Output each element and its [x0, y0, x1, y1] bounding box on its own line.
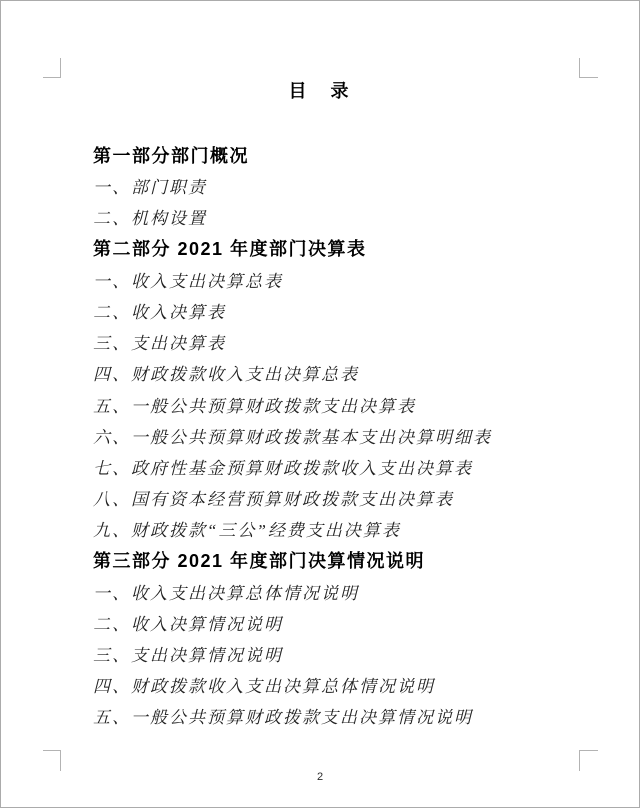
crop-mark-top-right-icon — [579, 58, 598, 78]
toc-item: 九、财政拨款“三公”经费支出决算表 — [93, 513, 599, 544]
toc-item: 六、一般公共预算财政拨款基本支出决算明细表 — [93, 420, 599, 451]
toc-section-part1: 第一部分部门概况 — [93, 139, 599, 170]
toc-item: 一、收入支出决算总体情况说明 — [93, 576, 599, 607]
table-of-contents: 第一部分部门概况 一、部门职责 二、机构设置 第二部分 2021 年度部门决算表… — [93, 139, 599, 732]
toc-item: 二、机构设置 — [93, 201, 599, 232]
toc-item: 四、财政拨款收入支出决算总表 — [93, 357, 599, 388]
crop-mark-bottom-right-icon — [579, 750, 598, 771]
document-page: 目 录 第一部分部门概况 一、部门职责 二、机构设置 第二部分 2021 年度部… — [0, 0, 640, 808]
crop-mark-top-left-icon — [43, 58, 61, 78]
toc-item: 二、收入决算情况说明 — [93, 607, 599, 638]
toc-item: 七、政府性基金预算财政拨款收入支出决算表 — [93, 451, 599, 482]
toc-section-part2: 第二部分 2021 年度部门决算表 — [93, 233, 599, 264]
toc-item: 五、一般公共预算财政拨款支出决算情况说明 — [93, 700, 599, 731]
toc-item: 八、国有资本经营预算财政拨款支出决算表 — [93, 482, 599, 513]
crop-mark-bottom-left-icon — [43, 750, 61, 771]
toc-item: 三、支出决算情况说明 — [93, 638, 599, 669]
toc-item: 三、支出决算表 — [93, 326, 599, 357]
toc-item: 二、收入决算表 — [93, 295, 599, 326]
toc-item: 四、财政拨款收入支出决算总体情况说明 — [93, 669, 599, 700]
toc-item: 一、收入支出决算总表 — [93, 264, 599, 295]
page-number: 2 — [1, 770, 639, 784]
toc-item: 五、一般公共预算财政拨款支出决算表 — [93, 389, 599, 420]
page-title: 目 录 — [1, 81, 639, 101]
toc-section-part3: 第三部分 2021 年度部门决算情况说明 — [93, 544, 599, 575]
toc-item: 一、部门职责 — [93, 170, 599, 201]
